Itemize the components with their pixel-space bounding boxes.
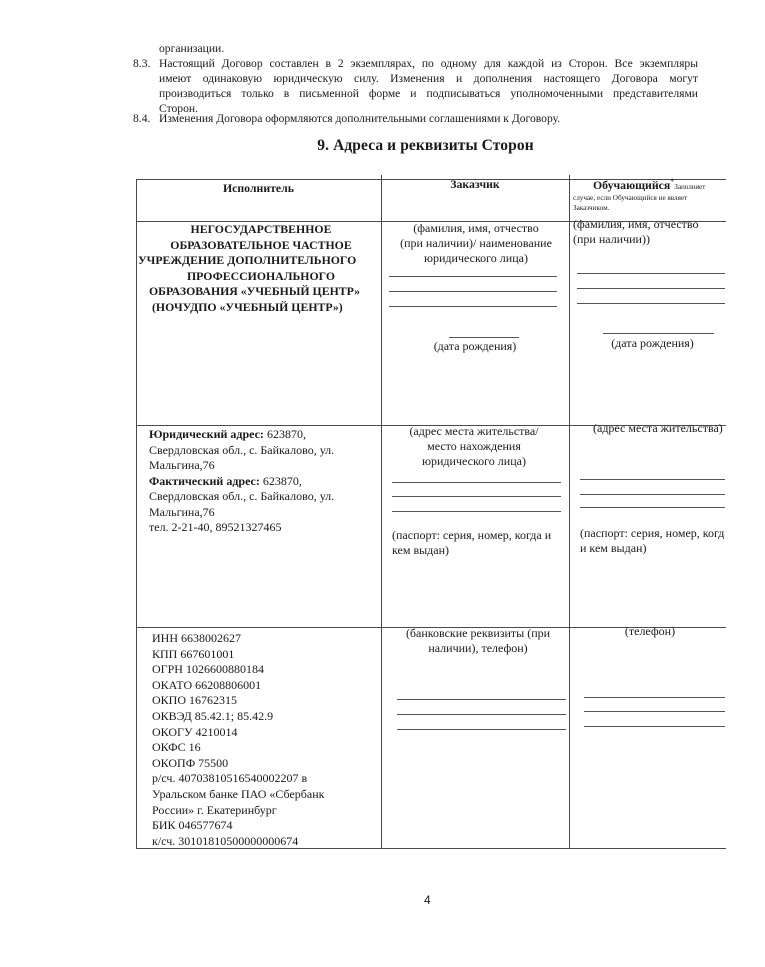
header-student: Обучающийся — [593, 178, 670, 192]
customer-name-line[interactable] — [389, 276, 557, 277]
header-customer: Заказчик — [381, 177, 569, 192]
hint-line: (паспорт: серия, номер, когда — [580, 526, 725, 541]
customer-address-line[interactable] — [392, 511, 561, 512]
student-passport-hint: (паспорт: серия, номер, когда и кем выда… — [580, 526, 725, 556]
requisite-ogrn: ОГРН 1026600880184 — [152, 662, 380, 678]
legal-address-value: Свердловская обл., с. Байкалово, ул. — [149, 443, 381, 459]
hint-line: (при наличии)) — [573, 232, 733, 247]
requisite-inn: ИНН 6638002627 — [152, 631, 380, 647]
customer-requisites-line[interactable] — [397, 714, 566, 715]
student-phone-hint: (телефон) — [580, 624, 720, 639]
executor-org-name: НЕГОСУДАРСТВЕННОЕ ОБРАЗОВАТЕЛЬНОЕ ЧАСТНО… — [138, 222, 384, 315]
hint-line: наличии), телефон) — [385, 641, 571, 656]
hint-line: юридического лица) — [385, 251, 567, 266]
org-name-line: УЧРЕЖДЕНИЕ ДОПОЛНИТЕЛЬНОГО — [138, 253, 384, 269]
requisite-okogu: ОКОГУ 4210014 — [152, 725, 380, 741]
actual-address-value: Свердловская обл., с. Байкалово, ул. — [149, 489, 381, 505]
student-name-line[interactable] — [577, 303, 725, 304]
hint-line: и кем выдан) — [580, 541, 725, 556]
customer-requisites-line[interactable] — [397, 729, 566, 730]
hint-line: (фамилия, имя, отчество — [573, 217, 733, 232]
student-address-line[interactable] — [580, 479, 725, 480]
requisite-corr-account: к/сч. 30101810500000000674 — [152, 834, 380, 850]
customer-name-line[interactable] — [389, 291, 557, 292]
actual-address-value: 623870, — [260, 474, 302, 488]
requisite-bik: БИК 046577674 — [152, 818, 380, 834]
customer-requisites-line[interactable] — [397, 699, 566, 700]
requisite-kpp: КПП 667601001 — [152, 647, 380, 663]
requisite-okato: ОКАТО 66208806001 — [152, 678, 380, 694]
executor-addresses: Юридический адрес: 623870, Свердловская … — [149, 427, 381, 536]
document-page: организации. 8.3. Настоящий Договор сост… — [0, 0, 765, 967]
hint-line: (паспорт: серия, номер, когда и — [392, 528, 572, 543]
hint-line: (адрес места жительства/ — [381, 424, 567, 439]
student-name-line[interactable] — [577, 273, 725, 274]
hint-line: (при наличии)/ наименование — [385, 236, 567, 251]
header-student-note: случае, если Обучающийся не являет — [573, 193, 725, 203]
customer-birthdate-line[interactable] — [449, 337, 519, 338]
legal-address-label: Юридический адрес: — [149, 427, 264, 441]
student-phone-line[interactable] — [584, 726, 725, 727]
requisite-bank: России» г. Екатеринбург — [152, 803, 380, 819]
customer-name-line[interactable] — [389, 306, 557, 307]
customer-passport-hint: (паспорт: серия, номер, когда и кем выда… — [392, 528, 572, 558]
table-col-divider — [569, 175, 570, 849]
header-student-note: Заполняет — [674, 183, 705, 191]
student-address-line[interactable] — [580, 507, 725, 508]
requisite-okopf: ОКОПФ 75500 — [152, 756, 380, 772]
page-number: 4 — [424, 893, 431, 907]
hint-line: (банковские реквизиты (при — [385, 626, 571, 641]
customer-requisites-hint: (банковские реквизиты (при наличии), тел… — [385, 626, 571, 656]
customer-address-hint: (адрес места жительства/ место нахождени… — [381, 424, 567, 469]
legal-address-value: 623870, — [264, 427, 306, 441]
hint-line: место нахождения — [381, 439, 567, 454]
customer-address-line[interactable] — [392, 496, 561, 497]
hint-line: юридического лица) — [381, 454, 567, 469]
org-name-line: ОБРАЗОВАТЕЛЬНОЕ ЧАСТНОЕ — [138, 238, 384, 254]
executor-requisites: ИНН 6638002627 КПП 667601001 ОГРН 102660… — [152, 631, 380, 849]
hint-line: (фамилия, имя, отчество — [385, 221, 567, 236]
student-birthdate-label: (дата рождения) — [590, 336, 715, 351]
requisite-bank: Уральском банке ПАО «Сбербанк — [152, 787, 380, 803]
requisite-okved: ОКВЭД 85.42.1; 85.42.9 — [152, 709, 380, 725]
requisite-okfs: ОКФС 16 — [152, 740, 380, 756]
executor-phone: тел. 2-21-40, 89521327465 — [149, 520, 381, 536]
student-birthdate-line[interactable] — [603, 333, 714, 334]
student-address-line[interactable] — [580, 494, 725, 495]
requisite-okpo: ОКПО 16762315 — [152, 693, 380, 709]
header-executor: Исполнитель — [136, 181, 381, 196]
student-name-hint: (фамилия, имя, отчество (при наличии)) — [573, 217, 733, 247]
student-address-hint: (адрес места жительства) — [593, 421, 725, 436]
header-student-cell: Обучающийся*Заполняет случае, если Обуча… — [573, 174, 725, 218]
requisite-account: р/сч. 40703810516540002207 в — [152, 771, 380, 787]
org-name-line: НЕГОСУДАРСТВЕННОЕ — [138, 222, 384, 238]
student-phone-line[interactable] — [584, 711, 725, 712]
customer-address-line[interactable] — [392, 482, 561, 483]
customer-name-hint: (фамилия, имя, отчество (при наличии)/ н… — [385, 221, 567, 266]
actual-address-value: Мальгина,76 — [149, 505, 381, 521]
header-student-note: Заказчиком. — [573, 203, 725, 213]
org-name-line: (НОЧУДПО «УЧЕБНЫЙ ЦЕНТР») — [138, 300, 384, 316]
actual-address-label: Фактический адрес: — [149, 474, 260, 488]
student-phone-line[interactable] — [584, 697, 725, 698]
hint-line: кем выдан) — [392, 543, 572, 558]
customer-birthdate-label: (дата рождения) — [385, 339, 565, 354]
org-name-line: ПРОФЕССИОНАЛЬНОГО — [138, 269, 384, 285]
student-name-line[interactable] — [577, 288, 725, 289]
legal-address-value: Мальгина,76 — [149, 458, 381, 474]
org-name-line: ОБРАЗОВАНИЯ «УЧЕБНЫЙ ЦЕНТР» — [138, 284, 384, 300]
table-border-left — [136, 179, 137, 849]
